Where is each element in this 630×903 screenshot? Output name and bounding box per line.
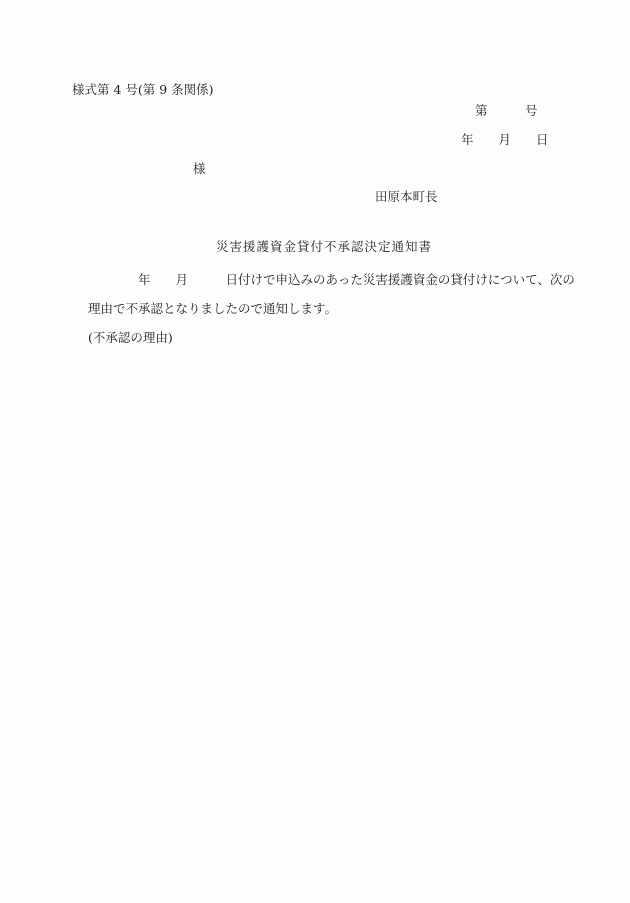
- document-page: 様式第 4 号(第 9 条関係) 第 号 年 月 日 様 田原本町長 災害援護資…: [0, 0, 630, 903]
- date-blank: 年 月 日: [461, 132, 549, 147]
- body-text-line: 年 月 日付けで申込みのあった災害援護資金の貸付けについて、次の: [138, 272, 575, 287]
- form-number: 様式第 4 号(第 9 条関係): [72, 82, 214, 97]
- document-title: 災害援護資金貸付不承認決定通知書: [216, 239, 432, 254]
- addressee-honorific: 様: [193, 161, 206, 176]
- document-number-blank: 第 号: [475, 103, 538, 118]
- body-text-line: 理由で不承認となりましたので通知します。: [88, 301, 337, 316]
- sender-name: 田原本町長: [375, 189, 438, 204]
- disapproval-reason-label: (不承認の理由): [88, 330, 173, 345]
